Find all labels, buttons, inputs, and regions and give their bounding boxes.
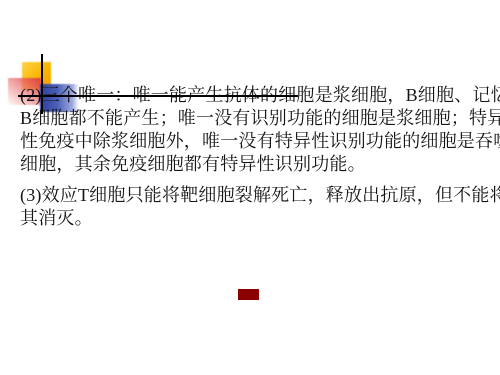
text-line: B细胞都不能产生；唯一没有识别功能的细胞是浆细胞；特异 (20, 107, 490, 130)
text-line: 其消灭。 (20, 207, 490, 230)
slide-canvas: (2)三个唯一：唯一能产生抗体的细胞是浆细胞，B细胞、记忆 B细胞都不能产生；唯… (0, 0, 500, 375)
text-line: 性免疫中除浆细胞外，唯一没有特异性识别功能的细胞是吞噬 (20, 130, 490, 153)
paragraph-effector-t-cell: (3)效应T细胞只能将靶细胞裂解死亡，释放出抗原，但不能将 其消灭。 (20, 184, 490, 230)
paragraph-three-uniques: (2)三个唯一：唯一能产生抗体的细胞是浆细胞，B细胞、记忆 B细胞都不能产生；唯… (20, 84, 490, 176)
text-line: (3)效应T细胞只能将靶细胞裂解死亡，释放出抗原，但不能将 (20, 184, 490, 207)
bottom-accent-rect (238, 289, 259, 300)
decoration-vertical-line (41, 54, 43, 114)
strikethrough-line (18, 95, 298, 97)
text-line: 细胞，其余免疫细胞都有特异性识别功能。 (20, 153, 490, 176)
